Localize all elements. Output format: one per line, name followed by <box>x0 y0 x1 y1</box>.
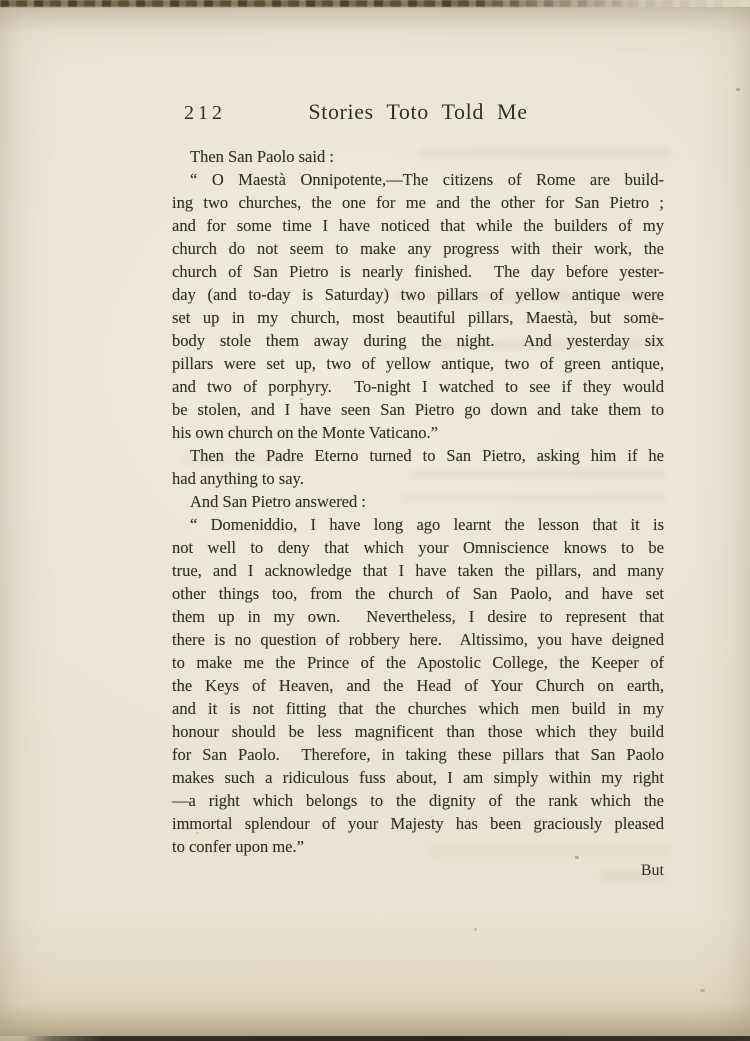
page-number: 212 <box>184 102 226 125</box>
text-line: ing two churches, the one for me and the… <box>172 191 664 214</box>
text-line: there is no question of robbery here. Al… <box>172 628 664 651</box>
paragraph: And San Pietro answered : <box>172 490 664 513</box>
scan-top-shadow <box>0 7 750 33</box>
catchword: But <box>172 858 664 882</box>
text-line: the Keys of Heaven, and the Head of Your… <box>172 674 664 697</box>
paragraph: Then San Paolo said : <box>172 145 664 168</box>
text-line: “ O Maestà Onnipotente,—The citizens of … <box>172 168 664 191</box>
paragraph: “ O Maestà Onnipotente,—The citizens of … <box>172 168 664 444</box>
text-line: other things too, from the church of San… <box>172 582 664 605</box>
text-line: be stolen, and I have seen San Pietro go… <box>172 398 664 421</box>
text-line: not well to deny that which your Omnisci… <box>172 536 664 559</box>
text-line: had anything to say. <box>172 467 664 490</box>
text-line: body stole them away during the night. A… <box>172 329 664 352</box>
foxing-speck <box>700 989 705 992</box>
page-content: 212 Stories Toto Told Me Then San Paolo … <box>172 99 664 882</box>
text-line: and two of porphyry. To-night I watched … <box>172 375 664 398</box>
text-line: and for some time I have noticed that wh… <box>172 214 664 237</box>
page-header: 212 Stories Toto Told Me <box>172 99 664 126</box>
text-line: set up in my church, most beautiful pill… <box>172 306 664 329</box>
text-line: Then San Paolo said : <box>172 145 664 168</box>
text-line: Then the Padre Eterno turned to San Piet… <box>172 444 664 467</box>
text-line: for San Paolo. Therefore, in taking thes… <box>172 743 664 766</box>
text-line: immortal splendour of your Majesty has b… <box>172 812 664 835</box>
scan-bottom-edge <box>0 1036 750 1041</box>
scan-bottom-shadow <box>0 1002 750 1036</box>
foxing-speck <box>736 88 740 91</box>
paragraph: “ Domeniddio, I have long ago learnt the… <box>172 513 664 858</box>
text-line: his own church on the Monte Vaticano.” <box>172 421 664 444</box>
foxing-speck <box>474 928 477 931</box>
text-line: “ Domeniddio, I have long ago learnt the… <box>172 513 664 536</box>
scanned-page: 212 Stories Toto Told Me Then San Paolo … <box>0 0 750 1041</box>
scan-top-edge <box>0 0 750 7</box>
text-line: day (and to-day is Saturday) two pillars… <box>172 283 664 306</box>
body-text: Then San Paolo said :“ O Maestà Onnipote… <box>172 145 664 858</box>
text-line: And San Pietro answered : <box>172 490 664 513</box>
text-line: to confer upon me.” <box>172 835 664 858</box>
text-line: —a right which belongs to the dignity of… <box>172 789 664 812</box>
text-line: honour should be less magnificent than t… <box>172 720 664 743</box>
text-line: and it is not fitting that the churches … <box>172 697 664 720</box>
text-line: to make me the Prince of the Apostolic C… <box>172 651 664 674</box>
text-line: true, and I acknowledge that I have take… <box>172 559 664 582</box>
running-title: Stories Toto Told Me <box>172 99 664 125</box>
text-line: pillars were set up, two of yellow antiq… <box>172 352 664 375</box>
text-line: makes such a ridiculous fuss about, I am… <box>172 766 664 789</box>
text-line: church do not seem to make any progress … <box>172 237 664 260</box>
text-line: them up in my own. Nevertheless, I desir… <box>172 605 664 628</box>
paragraph: Then the Padre Eterno turned to San Piet… <box>172 444 664 490</box>
text-line: church of San Pietro is nearly finished.… <box>172 260 664 283</box>
